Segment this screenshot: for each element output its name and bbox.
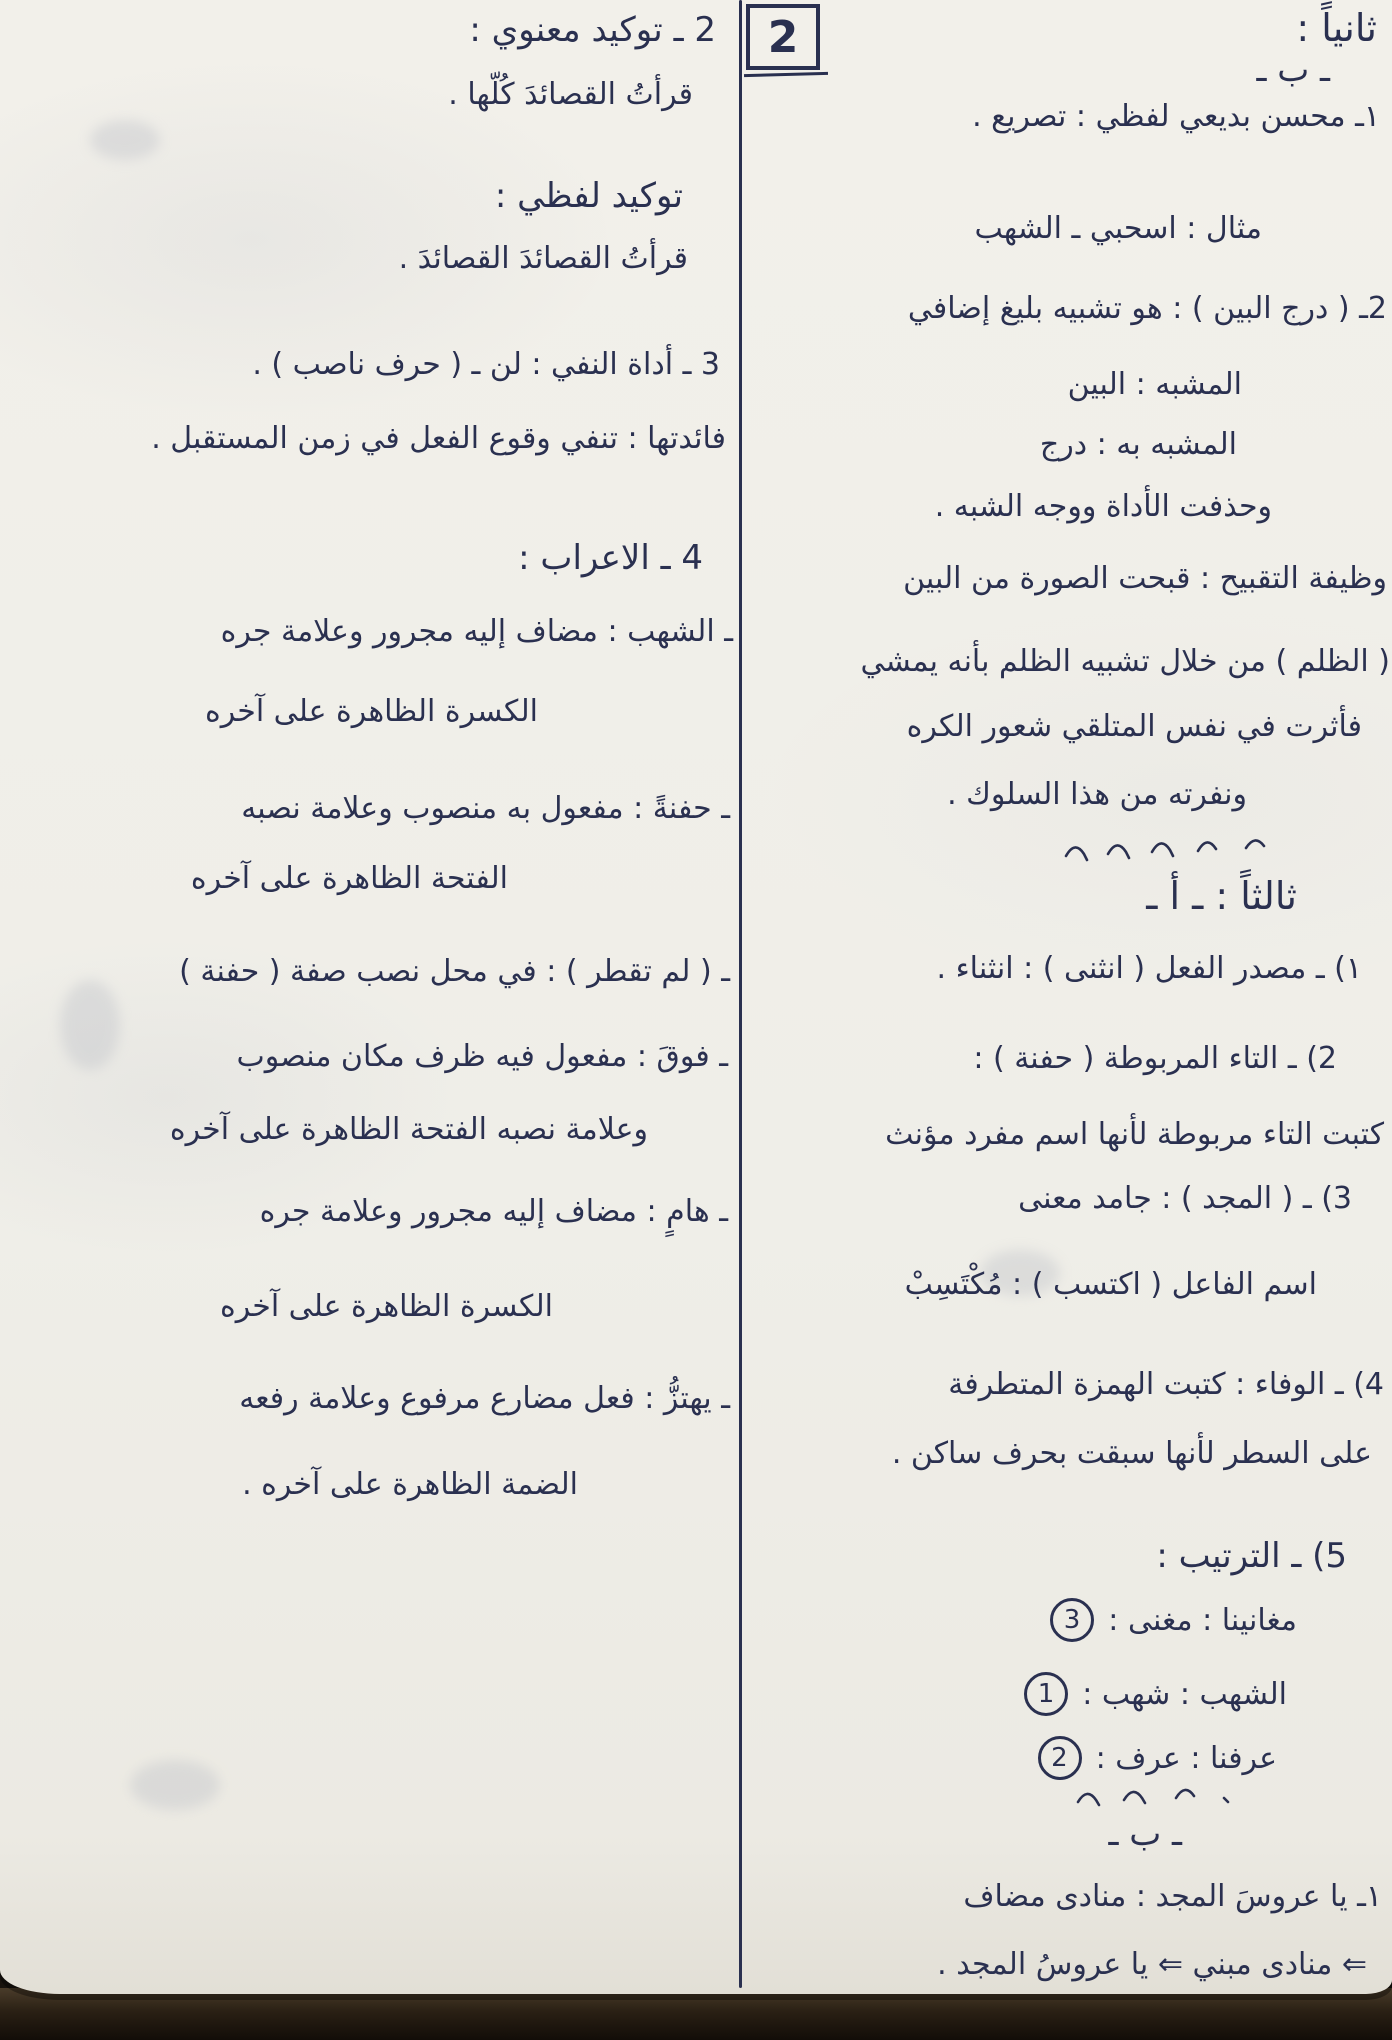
note-line: كتبت التاء مربوطة لأنها اسم مفرد مؤنث — [885, 1118, 1384, 1151]
note-line: 2ـ ( درج البين ) : هو تشبيه بليغ إضافي — [908, 292, 1387, 325]
note-line: ( الظلم ) من خلال تشبيه الظلم بأنه يمشي — [861, 645, 1391, 678]
note-line: وحذفت الأداة ووجه الشبه . — [935, 490, 1272, 523]
note-line: الفتحة الظاهرة على آخره — [191, 862, 508, 895]
note-line: الضمة الظاهرة على آخره . — [242, 1468, 578, 1501]
note-line: ـ يهتزُّ : فعل مضارع مرفوع وعلامة رفعه — [239, 1382, 730, 1415]
note-line: ـ ( لم تقطر ) : في محل نصب صفة ( حفنة ) — [179, 955, 730, 988]
ink-squiggle-divider — [1060, 838, 1272, 866]
part-b-label: ـ ب ـ — [1108, 1816, 1182, 1853]
note-line: ـ حفنةً : مفعول به منصوب وعلامة نصبه — [241, 792, 730, 825]
note-line: 3 ـ أداة النفي : لن ـ ( حرف ناصب ) . — [252, 348, 720, 381]
note-line: ١ـ محسن بديعي لفظي : تصريع . — [972, 100, 1380, 133]
note-line: فأثرت في نفس المتلقي شعور الكره — [907, 710, 1362, 743]
circled-rank-icon: 2 — [1038, 1736, 1082, 1780]
note-line: قرأتُ القصائدَ القصائدَ . — [399, 242, 688, 275]
note-line: ونفرته من هذا السلوك . — [947, 778, 1247, 811]
ordering-word: عرفنا : عرف : — [1096, 1742, 1277, 1775]
ordering-heading: 5) ـ الترتيب : — [1156, 1538, 1347, 1575]
section-two-heading: ثانياً : — [1296, 8, 1377, 50]
ordering-word: الشهب : شهب : — [1082, 1678, 1287, 1711]
note-line: مثال : اسحبي ـ الشهب — [974, 212, 1262, 245]
ink-squiggle-divider — [1072, 1786, 1242, 1812]
note-line: ـ فوقَ : مفعول فيه ظرف مكان منصوب — [237, 1040, 728, 1073]
ordering-word: مغانينا : مغنى : — [1108, 1604, 1297, 1637]
note-line: ـ الشهب : مضاف إليه مجرور وعلامة جره — [221, 615, 733, 648]
note-line: وعلامة نصبه الفتحة الظاهرة على آخره — [170, 1113, 648, 1146]
right-column: ثانياً : ـ ب ـ ١ـ محسن بديعي لفظي : تصري… — [752, 0, 1392, 1994]
note-line: المشبه : البين — [1068, 368, 1242, 401]
column-divider-line — [739, 0, 742, 1988]
circled-rank-icon: 1 — [1024, 1672, 1068, 1716]
note-line: 3) ـ ( المجد ) : جامد معنى — [1018, 1182, 1352, 1215]
note-line: اسم الفاعل ( اكتسب ) : مُكْتَسِبْ — [905, 1268, 1317, 1301]
note-line: ـ هامٍ : مضاف إليه مجرور وعلامة جره — [260, 1195, 728, 1228]
note-line: المشبه به : درج — [1040, 428, 1237, 461]
circled-rank-icon: 3 — [1050, 1598, 1094, 1642]
note-line: الكسرة الظاهرة على آخره — [220, 1290, 553, 1323]
note-line: 2) ـ التاء المربوطة ( حفنة ) : — [973, 1042, 1337, 1075]
note-line: ١) ـ مصدر الفعل ( انثنى ) : انثناء . — [937, 952, 1363, 985]
ordering-row: مغانينا : مغنى : 3 — [1050, 1598, 1297, 1642]
note-line: توكيد لفظي : — [495, 178, 683, 215]
note-line: على السطر لأنها سبقت بحرف ساكن . — [892, 1437, 1372, 1470]
photographed-notebook-page: { "page_number": "2", "ink_color": "#2a3… — [0, 0, 1392, 2040]
left-column: 2 ـ توكيد معنوي : قرأتُ القصائدَ كُلّها … — [0, 0, 738, 1994]
note-line: فائدتها : تنفي وقوع الفعل في زمن المستقب… — [151, 422, 726, 455]
section-two-part-b-label: ـ ب ـ — [1256, 52, 1330, 89]
ordering-row: الشهب : شهب : 1 — [1024, 1672, 1287, 1716]
note-line: 2 ـ توكيد معنوي : — [469, 12, 716, 49]
note-line: وظيفة التقبيح : قبحت الصورة من البين — [903, 562, 1387, 595]
ordering-row: عرفنا : عرف : 2 — [1038, 1736, 1277, 1780]
note-line: الكسرة الظاهرة على آخره — [205, 695, 538, 728]
page-number: 2 — [768, 12, 799, 63]
page-number-box: 2 — [746, 4, 820, 70]
note-line: ⇐ منادى مبني ⇐ يا عروسُ المجد . — [937, 1948, 1367, 1981]
note-line: 4) ـ الوفاء : كتبت الهمزة المتطرفة — [948, 1368, 1384, 1401]
section-three-heading: ثالثاً : ـ أ ـ — [1146, 876, 1297, 918]
note-line: ١ـ يا عروسَ المجد : منادى مضاف — [963, 1880, 1382, 1913]
desk-background — [0, 1988, 1392, 2040]
note-line: 4 ـ الاعراب : — [518, 540, 703, 577]
note-line: قرأتُ القصائدَ كُلّها . — [448, 78, 693, 111]
